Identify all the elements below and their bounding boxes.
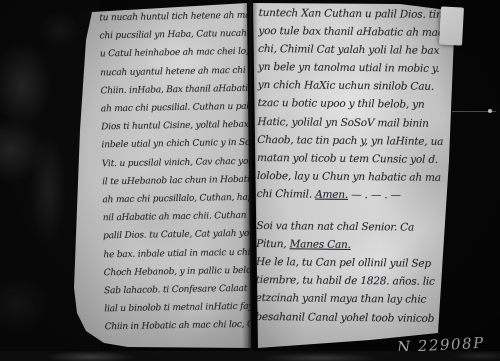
manuscript-line: matan yol ticob u tem Cunsic yol d. [257,149,455,169]
manuscript-line: tuntech Xan Cuthan u palil Dios. tin [258,4,456,24]
manuscript-line: chi, Chimil Cat yalah yoli lal he bax [258,40,456,60]
manuscript-line: inbele utial yn chich Cunic y in SoSo [101,134,251,155]
manuscript-line: palil Dios. tu Catule, Cat yalah yoblal [103,225,253,246]
photo-scratch [452,111,496,112]
manuscript-line: u Catul heinhaboe ah mac chei lo, Catu [100,43,250,64]
manuscript-line: tzac u botic upoo y thil belob, yn [258,94,456,114]
manuscript-line: besahanil Canal yohel toob vinicob [255,307,453,327]
right-page: tuntech Xan Cuthan u palil Dios. tinyoo … [250,0,465,352]
manuscript-line: Soi va than nat chal Senior. Ca [256,217,454,237]
manuscript-line: yn chich HaXic uchun sinilob Cau. [258,76,456,96]
book-bottom-edge [0,351,500,361]
manuscript-line: chi Chimil. Amen. — . — . — [257,185,455,205]
left-page-text: tu nucah huntul tich hetene ah mac-chi p… [99,7,255,337]
manuscript-line: Chiin in Hobatic ah mac chi loc, Cux [105,316,255,337]
manuscript-line: lolobe, lay u Chun yn habatic ah ma [257,167,455,187]
manuscript-line: yn bele yn tanolma utial in mobic y. [258,58,456,78]
manuscript-line: Chaob, tac tin pach y, yn laHinte, ua [257,131,455,151]
right-page-text: tuntech Xan Cuthan u palil Dios. tinyoo … [255,4,456,328]
left-page: tu nucah huntul tich hetene ah mac-chi p… [70,0,252,352]
manuscript-line: he bax. inbale utial in macic u chi ah [103,243,253,264]
page-marker-tab [439,6,464,45]
manuscript-line: Pitun, Manes Can. [256,235,454,255]
manuscript-line: yoo tule bax thanil aHabatic ah mac [258,22,456,42]
book-gutter-shadow [242,0,258,352]
manuscript-line: Vit. u pucsilal vinich, Cav chac yoltesm [102,152,252,173]
manuscript-photo: tu nucah huntul tich hetene ah mac-chi p… [0,0,500,361]
manuscript-line: Hatic, yolilal yn SoSoV mail binin [257,113,455,133]
manuscript-line: etzcinah yanil maya than lay chic [256,289,454,309]
manuscript-line: nucah uyantul hetene ah mac chi [100,61,250,82]
manuscript-line: He le la, tu Can pel ollinil yuil Sep [256,253,454,273]
manuscript-line: tiembre, tu habil de 1828. años. lic [256,271,454,291]
